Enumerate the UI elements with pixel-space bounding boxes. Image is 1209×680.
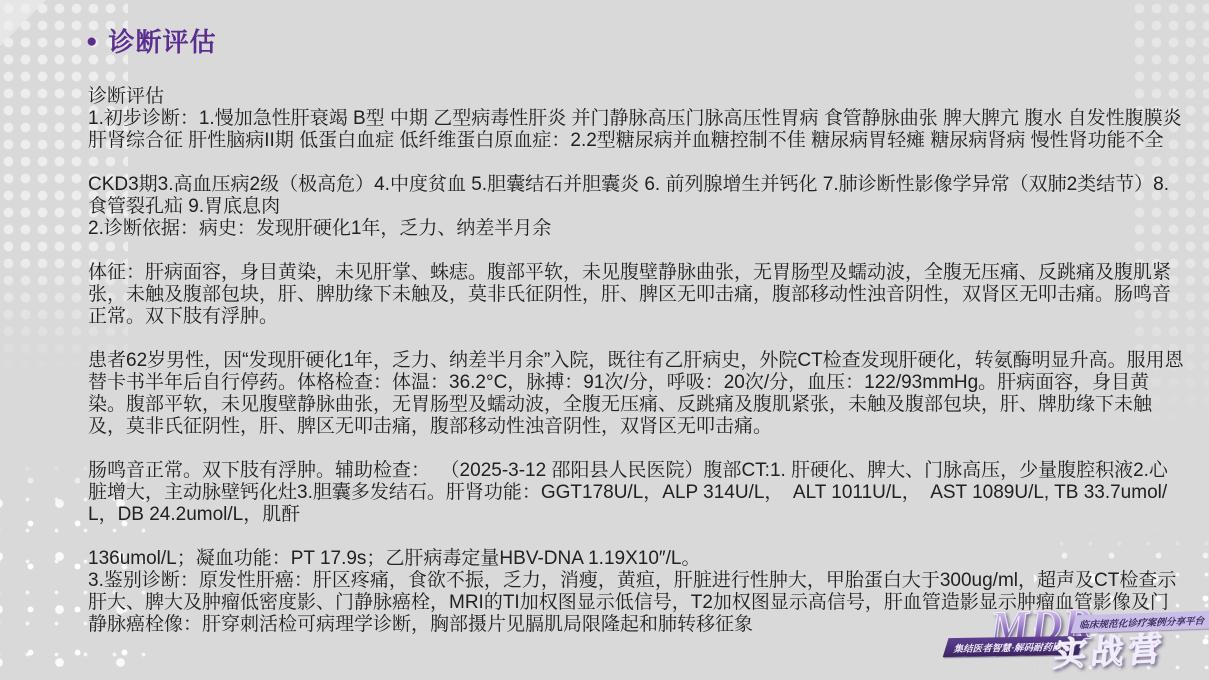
mdr-logo: MDR 临床规范化诊疗案例分享平台 集结医者智慧·解码耐药困局 实战营 (946, 604, 1196, 676)
text-block-patient-history: 患者62岁男性，因“发现肝硬化1年，乏力、纳差半月余”入院，既往有乙肝病史，外院… (88, 350, 1185, 438)
text-line: 136umol/L；凝血功能：PT 17.9s；乙肝病毒定量HBV-DNA 1.… (88, 548, 1185, 570)
slide: ● 诊断评估 诊断评估 1.初步诊断：1.慢加急性肝衰竭 B型 中期 乙型病毒性… (0, 0, 1209, 680)
body-text: 诊断评估 1.初步诊断：1.慢加急性肝衰竭 B型 中期 乙型病毒性肝炎 并门静脉… (88, 86, 1185, 658)
text-line: 诊断评估 (88, 86, 1185, 108)
text-block-initial-diagnosis: 诊断评估 1.初步诊断：1.慢加急性肝衰竭 B型 中期 乙型病毒性肝炎 并门静脉… (88, 86, 1185, 152)
text-line: 1.初步诊断：1.慢加急性肝衰竭 B型 中期 乙型病毒性肝炎 并门静脉高压门脉高… (88, 108, 1185, 152)
text-block-auxiliary-exams: 肠鸣音正常。双下肢有浮肿。辅助检查： （2025-3-12 邵阳县人民医院）腹部… (88, 460, 1185, 526)
title-row: ● 诊断评估 (86, 22, 217, 59)
logo-camp-name: 实战营 (1052, 623, 1168, 676)
text-line: CKD3期3.高血压病2级（极高危）4.中度贫血 5.胆囊结石并胆囊炎 6. 前… (88, 174, 1185, 218)
text-line: 体征：肝病面容，身目黄染，未见肝掌、蛛痣。腹部平软，未见腹壁静脉曲张，无胃肠型及… (88, 262, 1185, 328)
bullet-icon: ● (86, 32, 97, 51)
text-line: 患者62岁男性，因“发现肝硬化1年，乏力、纳差半月余”入院，既往有乙肝病史，外院… (88, 350, 1185, 438)
corner-accent (0, 0, 86, 56)
text-block-diagnosis-list-continued: CKD3期3.高血压病2级（极高危）4.中度贫血 5.胆囊结石并胆囊炎 6. 前… (88, 174, 1185, 240)
text-line: 2.诊断依据：病史：发现肝硬化1年，乏力、纳差半月余 (88, 218, 1185, 240)
text-block-physical-signs: 体征：肝病面容，身目黄染，未见肝掌、蛛痣。腹部平软，未见腹壁静脉曲张，无胃肠型及… (88, 262, 1185, 328)
page-title: 诊断评估 (108, 22, 216, 59)
text-line: 肠鸣音正常。双下肢有浮肿。辅助检查： （2025-3-12 邵阳县人民医院）腹部… (88, 460, 1185, 526)
